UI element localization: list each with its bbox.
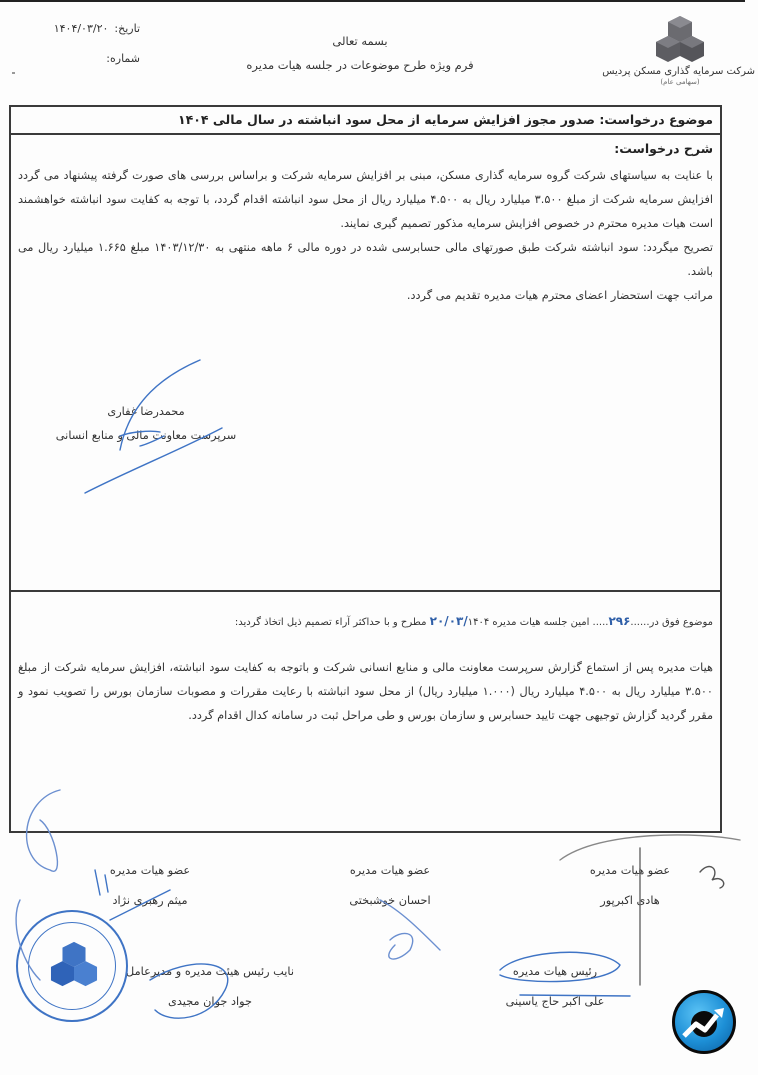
signature-name: احسان خوشبختی [320, 886, 460, 916]
signature-name: میثم رهبری نژاد [80, 886, 220, 916]
intro-mid: ..... امین جلسه هیات مدیره [492, 617, 608, 628]
date-label: تاریخ: [114, 22, 140, 35]
company-type: (سهامی عام) [605, 78, 755, 86]
decision-intro: موضوع فوق در......۲۹۶..... امین جلسه هیا… [18, 614, 713, 628]
decision-section: موضوع فوق در......۲۹۶..... امین جلسه هیا… [11, 614, 720, 851]
signature-block-khoshbakhti: عضو هیات مدیره احسان خوشبختی [320, 856, 460, 916]
request-note: تصریح میگردد: سود انباشته شرکت طبق صورته… [18, 236, 713, 284]
signature-block-chairman: رئیس هیات مدیره علی اکبر حاج یاسینی [480, 957, 630, 1017]
trend-badge-icon [672, 990, 736, 1054]
date-value: ۱۴۰۴/۰۳/۲۰ [54, 22, 109, 35]
top-rule [0, 0, 745, 2]
session-year: ۱۴۰۴ [468, 617, 489, 628]
signature-name: علی اکبر حاج یاسینی [480, 987, 630, 1017]
decision-body: هیات مدیره پس از استماع گزارش سرپرست معا… [18, 656, 713, 728]
company-stamp [16, 910, 128, 1022]
signer-name: محمدرضا غفاری [46, 400, 246, 424]
request-label: شرح درخواست: [18, 141, 713, 156]
document-meta: تاریخ: ۱۴۰۴/۰۳/۲۰ شماره: [30, 22, 140, 82]
signature-name: جواد جوان مجیدی [110, 987, 310, 1017]
intro-prefix: موضوع فوق در...... [630, 617, 713, 628]
request-section: شرح درخواست: با عنایت به سیاستهای شرکت گ… [11, 135, 720, 592]
number-label: شماره: [106, 52, 140, 65]
signer-title: سرپرست معاونت مالی و منابع انسانی [46, 424, 246, 448]
subject-bar: موضوع درخواست: صدور مجوز افزایش سرمایه ا… [11, 107, 720, 135]
form-title: فرم ویژه طرح موضوعات در جلسه هیات مدیره [230, 58, 490, 72]
subject-label: موضوع درخواست: [599, 112, 713, 127]
date-row: تاریخ: ۱۴۰۴/۰۳/۲۰ [30, 22, 140, 35]
company-logo: شرکت سرمایه گذاری مسکن پردیس (سهامی عام) [605, 14, 755, 89]
stamp-cubes-icon [50, 940, 98, 988]
scan-speck [12, 72, 15, 74]
intro-suffix: مطرح و با حداکثر آراء تصمیم ذیل اتخاذ گر… [235, 617, 427, 628]
subject-text: صدور مجوز افزایش سرمایه از محل سود انباش… [178, 112, 595, 127]
request-signer: محمدرضا غفاری سرپرست معاونت مالی و منابع… [46, 400, 246, 448]
session-date-handwritten: ۲۰/۰۳/ [430, 614, 468, 628]
signature-role: رئیس هیات مدیره [480, 957, 630, 987]
signature-role: عضو هیات مدیره [320, 856, 460, 886]
signature-block-ceo: نایب رئیس هیئت مدیره و مدیرعامل جواد جوا… [110, 957, 310, 1017]
signature-block-rahbari: عضو هیات مدیره میثم رهبری نژاد [80, 856, 220, 916]
number-row: شماره: [30, 52, 140, 65]
request-paragraph: با عنایت به سیاستهای شرکت گروه سرمایه گذ… [18, 164, 713, 236]
bismillah: بسمه تعالی [230, 34, 490, 48]
signature-role: عضو هیات مدیره [560, 856, 700, 886]
signature-role: نایب رئیس هیئت مدیره و مدیرعامل [110, 957, 310, 987]
session-number: ۲۹۶ [608, 614, 630, 628]
trend-arrow-icon [681, 1003, 727, 1043]
signature-role: عضو هیات مدیره [80, 856, 220, 886]
request-closing: مراتب جهت استحضار اعضای محترم هیات مدیره… [18, 284, 713, 308]
signature-block-akbarpour: عضو هیات مدیره هادی اکبرپور [560, 856, 700, 916]
company-name: شرکت سرمایه گذاری مسکن پردیس [605, 66, 755, 77]
cubes-logo-icon [655, 14, 705, 64]
signature-name: هادی اکبرپور [560, 886, 700, 916]
form-frame: موضوع درخواست: صدور مجوز افزایش سرمایه ا… [9, 105, 722, 833]
document-heading: بسمه تعالی فرم ویژه طرح موضوعات در جلسه … [230, 34, 490, 72]
